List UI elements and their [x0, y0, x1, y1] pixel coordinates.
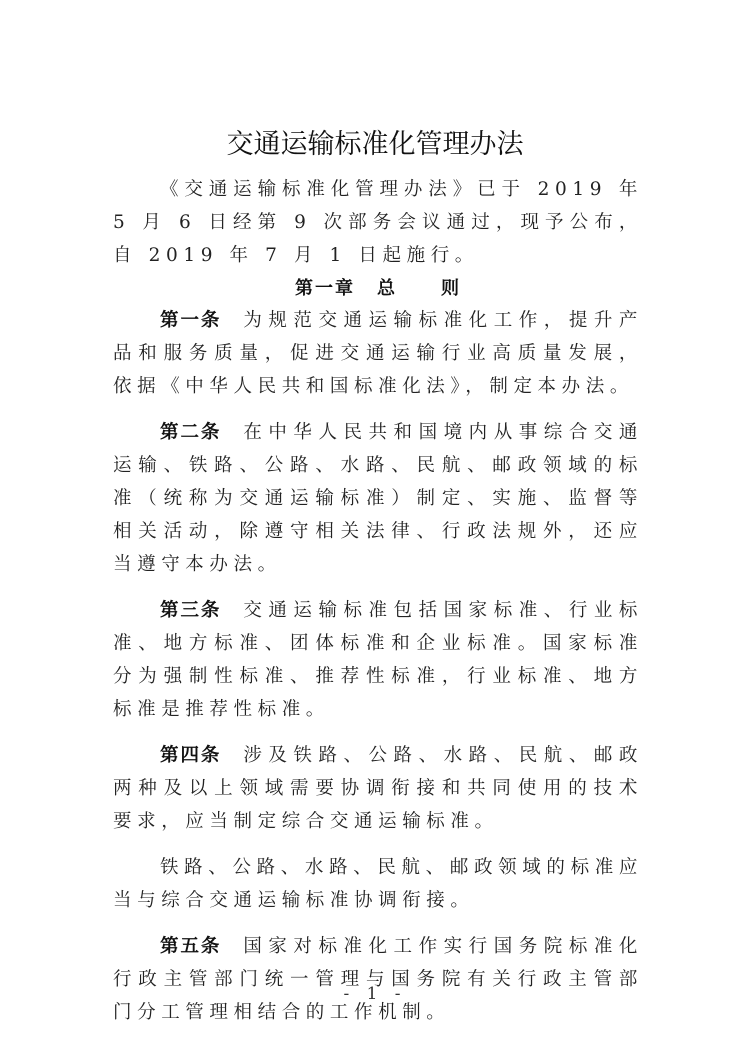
article-label: 第四条 [160, 745, 221, 766]
article-text: 在中华人民共和国境内从事综合交通运输、铁路、公路、水路、民航、邮政领域的标准（统… [113, 422, 643, 575]
article-label: 第二条 [160, 422, 221, 443]
article-1: 第一条为规范交通运输标准化工作，提升产品和服务质量，促进交通运输行业高质量发展，… [113, 304, 643, 403]
article-4: 第四条涉及铁路、公路、水路、民航、邮政两种及以上领域需要协调衔接和共同使用的技术… [113, 739, 643, 838]
chapter-name-part1: 总 [377, 278, 397, 299]
article-5: 第五条国家对标准化工作实行国务院标准化行政主管部门统一管理与国务院有关行政主管部… [113, 930, 643, 1029]
document-title: 交通运输标准化管理办法 [0, 122, 750, 161]
page-number: - 1 - [0, 984, 750, 1004]
article-label: 第三条 [160, 600, 221, 621]
chapter-name-part2: 则 [441, 278, 461, 299]
document-page: 交通运输标准化管理办法 《交通运输标准化管理办法》已于 2019 年 5 月 6… [0, 0, 750, 1060]
article-4-continuation: 铁路、公路、水路、民航、邮政领域的标准应当与综合交通运输标准协调衔接。 [113, 851, 643, 917]
article-label: 第一条 [160, 310, 221, 331]
chapter-number: 第一章 [295, 278, 355, 299]
chapter-heading: 第一章总则 [113, 274, 643, 304]
article-label: 第五条 [160, 936, 221, 957]
article-2: 第二条在中华人民共和国境内从事综合交通运输、铁路、公路、水路、民航、邮政领域的标… [113, 416, 643, 581]
article-3: 第三条交通运输标准包括国家标准、行业标准、地方标准、团体标准和企业标准。国家标准… [113, 594, 643, 726]
document-body: 《交通运输标准化管理办法》已于 2019 年 5 月 6 日经第 9 次部务会议… [113, 173, 643, 1029]
preamble-paragraph: 《交通运输标准化管理办法》已于 2019 年 5 月 6 日经第 9 次部务会议… [113, 173, 643, 272]
